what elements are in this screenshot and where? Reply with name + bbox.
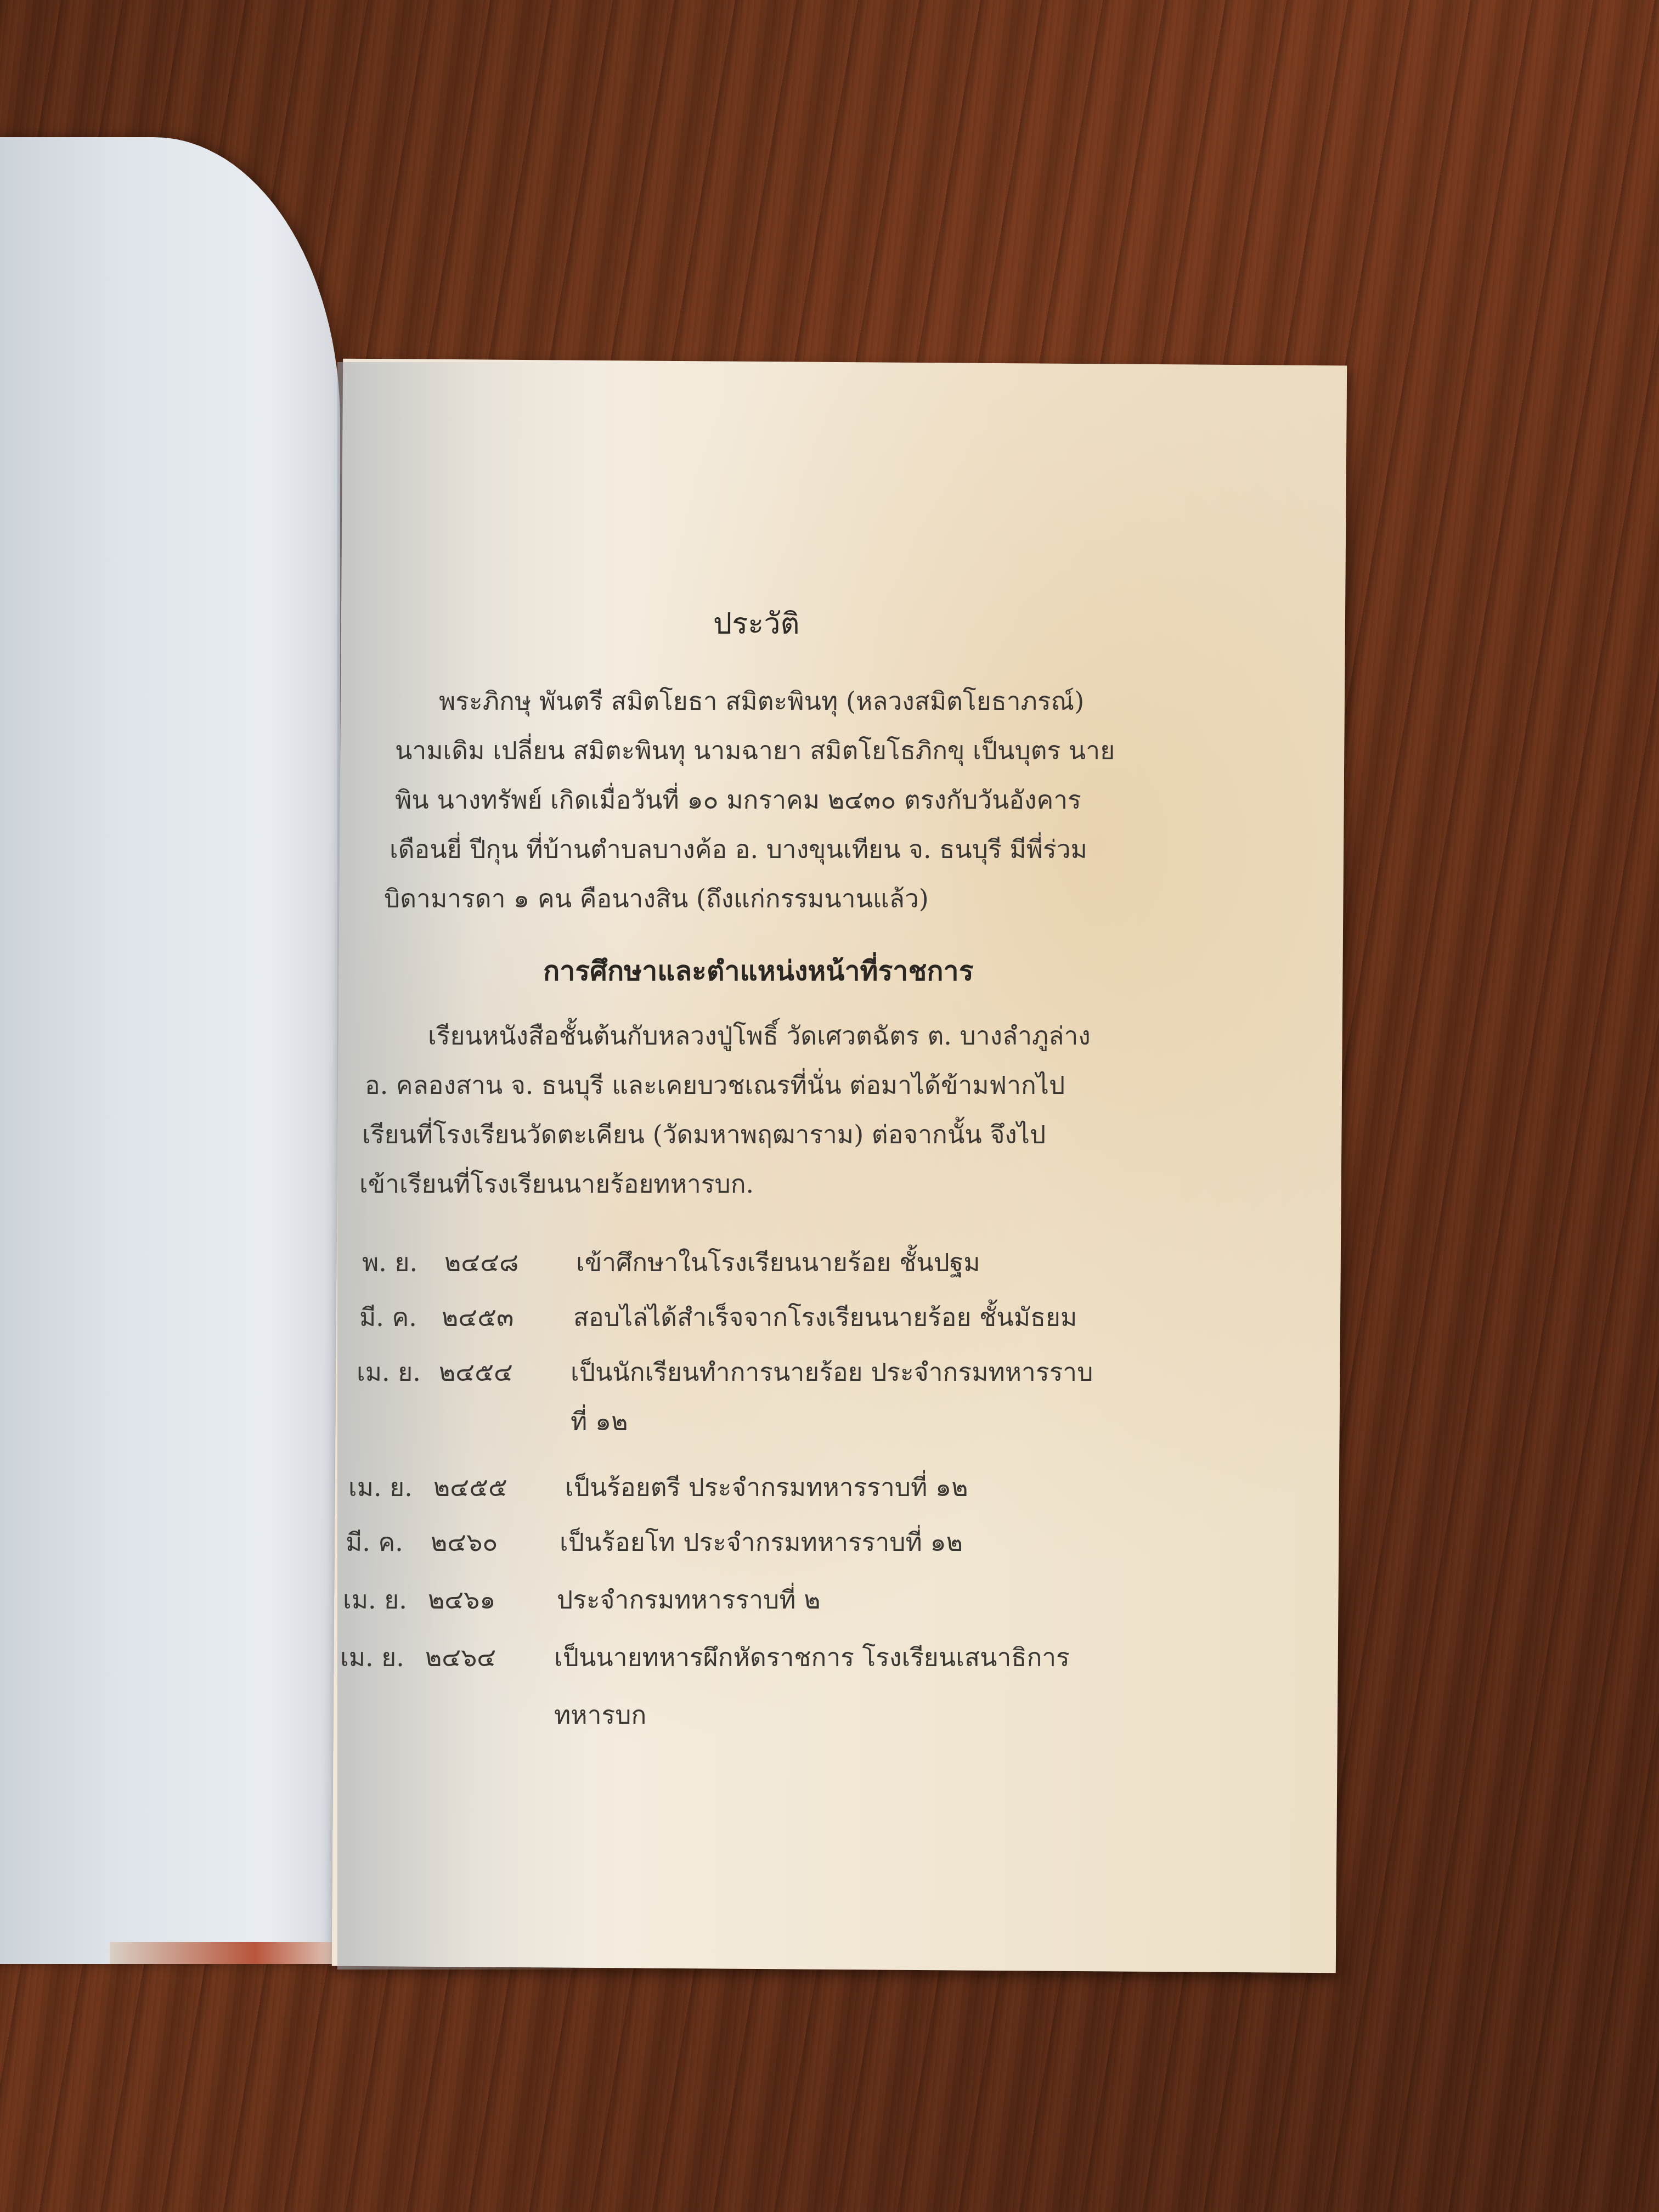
book-page — [332, 359, 1347, 1973]
section-title: การศึกษาและตำแหน่งหน้าที่ราชการ — [543, 957, 974, 985]
education-line: เรียนที่โรงเรียนวัดตะเคียน (วัดมหาพฤฒารา… — [362, 1122, 1046, 1147]
page-title: ประวัติ — [713, 609, 800, 639]
intro-line: พระภิกษุ พันตรี สมิตโยธา สมิตะพินทุ (หลว… — [439, 689, 1084, 714]
timeline-desc: สอบไล่ได้สำเร็จจากโรงเรียนนายร้อย ชั้นมั… — [573, 1297, 1077, 1338]
timeline-year: ๒๔๖๑ — [428, 1580, 496, 1620]
timeline-desc: เข้าศึกษาในโรงเรียนนายร้อย ชั้นปฐม — [576, 1243, 980, 1283]
intro-line: บิดามารดา ๑ คน คือนางสิน (ถึงแก่กรรมนานแ… — [384, 886, 929, 911]
timeline-month: พ. ย. — [362, 1243, 417, 1283]
left-blank-page — [0, 137, 340, 1964]
intro-line: นามเดิม เปลี่ยน สมิตะพินทุ นามฉายา สมิตโ… — [395, 738, 1115, 763]
timeline-year: ๒๔๕๔ — [439, 1352, 513, 1392]
timeline-month: มี. ค. — [346, 1522, 403, 1562]
education-line: เข้าเรียนที่โรงเรียนนายร้อยทหารบก. — [359, 1171, 754, 1197]
timeline-desc: เป็นร้อยตรี ประจำกรมทหารราบที่ ๑๒ — [565, 1468, 968, 1508]
timeline-desc-continued: ทหารบก — [554, 1695, 646, 1735]
timeline-month: เม. ย. — [357, 1352, 421, 1392]
timeline-year: ๒๔๕๓ — [442, 1297, 513, 1338]
timeline-desc: ประจำกรมทหารราบที่ ๒ — [557, 1580, 820, 1620]
timeline-month: เม. ย. — [343, 1580, 407, 1620]
timeline-year: ๒๔๕๕ — [433, 1468, 507, 1508]
education-line: อ. คลองสาน จ. ธนบุรี และเคยบวชเณรที่นั่น… — [365, 1073, 1065, 1098]
timeline-desc: เป็นนักเรียนทำการนายร้อย ประจำกรมทหารราบ — [571, 1352, 1093, 1392]
timeline-desc-continued: ที่ ๑๒ — [571, 1402, 628, 1442]
timeline-year: ๒๔๖๐ — [431, 1522, 498, 1562]
timeline-desc: เป็นนายทหารผึกหัดราชการ โรงเรียนเสนาธิกา… — [554, 1638, 1070, 1678]
intro-line: พิน นางทรัพย์ เกิดเมื่อวันที่ ๑๐ มกราคม … — [395, 787, 1081, 812]
timeline-desc: เป็นร้อยโท ประจำกรมทหารราบที่ ๑๒ — [560, 1522, 963, 1562]
timeline-year: ๒๔๔๘ — [444, 1243, 518, 1283]
timeline-year: ๒๔๖๔ — [425, 1638, 496, 1678]
timeline-month: มี. ค. — [359, 1297, 417, 1338]
education-line: เรียนหนังสือชั้นต้นกับหลวงปู่โพธิ์ วัดเศ… — [428, 1023, 1091, 1048]
left-page-edge — [110, 1942, 351, 1964]
timeline-month: เม. ย. — [348, 1468, 413, 1508]
intro-line: เดือนยี่ ปีกุน ที่บ้านตำบลบางค้อ อ. บางข… — [390, 837, 1087, 862]
timeline-month: เม. ย. — [340, 1638, 404, 1678]
